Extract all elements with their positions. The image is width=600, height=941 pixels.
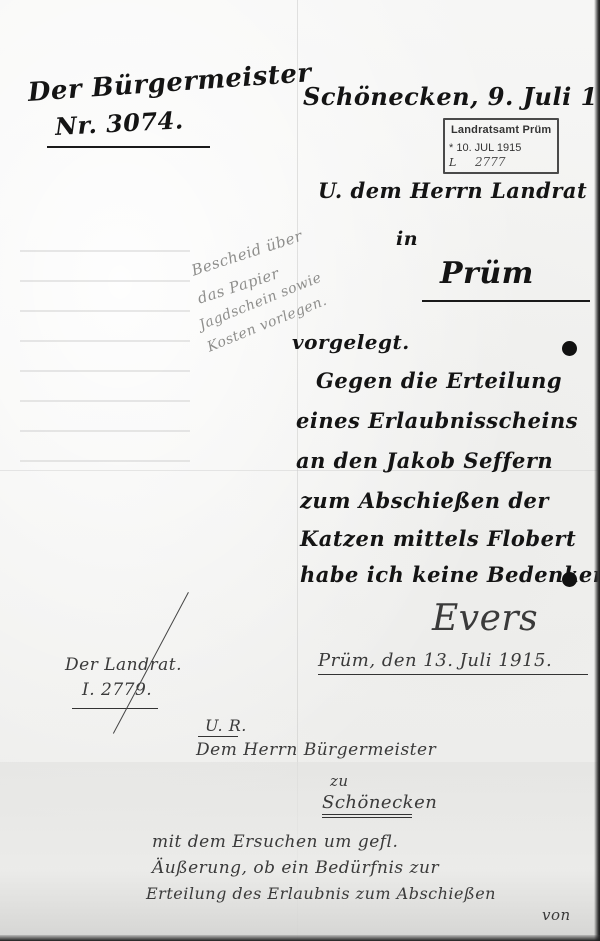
- scan-edge-right: [594, 0, 600, 941]
- addressee-line: U. dem Herrn Landrat: [318, 178, 587, 203]
- reply-addressee-zu: zu: [330, 772, 349, 790]
- reference-number: Nr. 3074.: [54, 105, 184, 141]
- body-line: Gegen die Erteilung: [316, 368, 562, 393]
- reply-mark-underline: [198, 736, 238, 737]
- reply-sender-underline: [72, 708, 158, 709]
- body-line: zum Abschießen der: [300, 488, 549, 513]
- body-line: an den Jakob Seffern: [296, 448, 553, 473]
- header-underline: [47, 146, 210, 148]
- sender-title: Der Bürgermeister: [27, 58, 313, 108]
- pencil-note-line: Bescheid über: [189, 227, 304, 280]
- stamp-mark: L: [449, 156, 456, 169]
- city-underline: [422, 300, 590, 302]
- body-line: Katzen mittels Flobert: [300, 526, 576, 551]
- reply-place-date: Prüm, den 13. Juli 1915.: [318, 650, 552, 671]
- stamp-date: * 10. JUL 1915: [449, 142, 521, 154]
- scan-edge-bottom: [0, 935, 600, 941]
- addressee-in: in: [396, 228, 418, 250]
- body-line: eines Erlaubnisscheins: [296, 408, 578, 433]
- body-line: vorgelegt.: [292, 330, 410, 354]
- punch-hole-upper: [562, 341, 577, 356]
- reply-body-line: von: [542, 906, 571, 924]
- reply-mark: U. R.: [205, 716, 247, 735]
- signature: Evers: [432, 598, 538, 639]
- punch-hole-lower: [562, 572, 577, 587]
- stamp-number: 2777: [475, 155, 506, 169]
- reply-date-underline: [318, 674, 588, 675]
- bleed-through-text: [20, 250, 190, 490]
- body-line: habe ich keine Bedenken.: [300, 562, 600, 587]
- reply-city-underline: [322, 814, 412, 815]
- reply-sender: Der Landrat.: [65, 655, 182, 675]
- document-page: Der Bürgermeister Nr. 3074. Schönecken, …: [0, 0, 600, 941]
- reply-addressee-city: Schönecken: [322, 792, 437, 813]
- receipt-stamp: Landratsamt Prüm * 10. JUL 1915 L 2777: [443, 118, 559, 174]
- reply-city-underline-2: [322, 817, 412, 818]
- reply-sender-number: I. 2779.: [82, 680, 152, 700]
- reply-body-line: mit dem Ersuchen um gefl.: [152, 832, 398, 852]
- reply-addressee: Dem Herrn Bürgermeister: [196, 740, 436, 760]
- place-date: Schönecken, 9. Juli 1915: [303, 82, 600, 111]
- stamp-office: Landratsamt Prüm: [451, 124, 551, 136]
- reply-body-line: Äußerung, ob ein Bedürfnis zur: [152, 858, 439, 878]
- addressee-city: Prüm: [440, 256, 534, 291]
- reply-body-line: Erteilung des Erlaubnis zum Abschießen: [146, 884, 496, 903]
